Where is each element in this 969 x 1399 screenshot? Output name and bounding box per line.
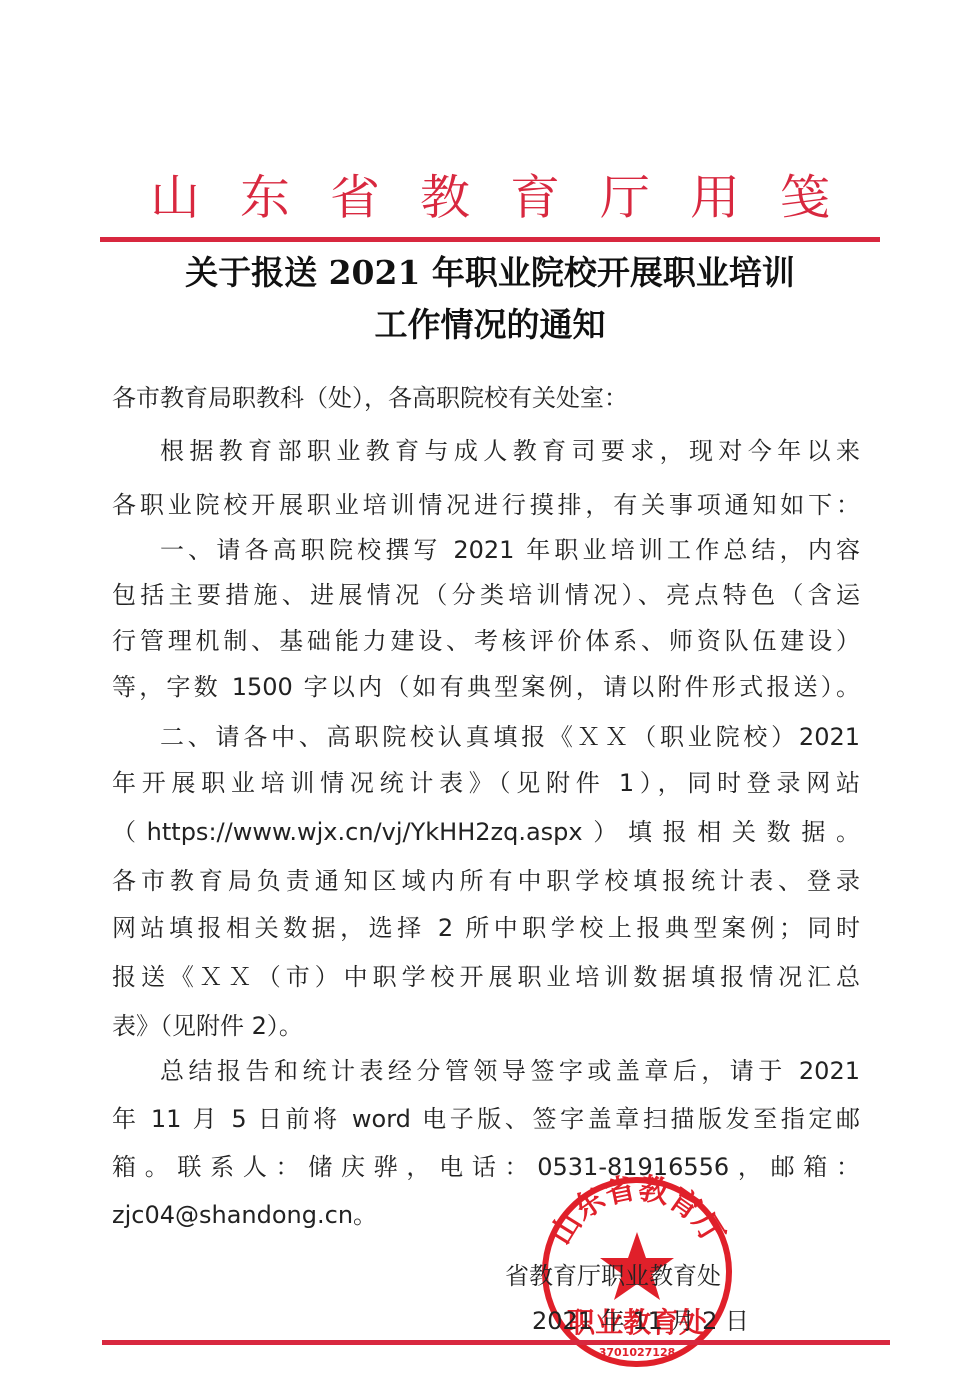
letterhead-char: 教 <box>420 170 470 227</box>
body-line: 二、请各中、高职院校认真填报《ＸＸ（职业院校）2021 <box>160 722 860 752</box>
body-line: 根据教育部职业教育与成人教育司要求，现对今年以来 <box>160 436 860 466</box>
letterhead-char: 厅 <box>600 170 650 227</box>
body-line: 箱。联系人：储庆骅，电话：0531-81916556，邮箱： <box>112 1152 860 1182</box>
letterhead-char: 育 <box>510 170 560 227</box>
body-line: 行管理机制、基础能力建设、考核评价体系、师资队伍建设） <box>112 626 860 656</box>
svg-text:3701027128: 3701027128 <box>599 1346 676 1359</box>
body-line: 网站填报相关数据，选择 2 所中职学校上报典型案例；同时 <box>112 913 860 943</box>
body-line: 等，字数 1500 字以内（如有典型案例，请以附件形式报送）。 <box>112 672 860 702</box>
body-line: 年开展职业培训情况统计表》（见附件 1），同时登录网站 <box>112 768 860 798</box>
body-line: 报送《ＸＸ（市）中职学校开展职业培训数据填报情况汇总 <box>112 962 860 992</box>
letterhead-char: 省 <box>330 170 380 227</box>
contact-email: zjc04@shandong.cn。 <box>112 1200 860 1230</box>
footer-divider <box>102 1340 890 1345</box>
signature-office: 省教育厅职业教育处 <box>505 1261 721 1291</box>
letterhead-char: 用 <box>690 170 740 227</box>
body-line: 年 11 月 5 日前将 word 电子版、签字盖章扫描版发至指定邮 <box>112 1104 860 1134</box>
body-line: 表》（见附件 2）。 <box>112 1011 860 1041</box>
letterhead-char: 笺 <box>780 170 830 227</box>
letterhead: 山 东 省 教 育 厅 用 笺 <box>150 168 830 228</box>
letterhead-char: 山 <box>150 170 200 227</box>
letterhead-char: 东 <box>240 170 290 227</box>
document-title-line-1: 关于报送 2021 年职业院校开展职业培训 <box>100 250 880 296</box>
body-line: 各市教育局负责通知区域内所有中职学校填报统计表、登录 <box>112 866 860 896</box>
body-line: 各职业院校开展职业培训情况进行摸排，有关事项通知如下： <box>112 490 860 520</box>
salutation: 各市教育局职教科（处），各高职院校有关处室： <box>112 383 860 413</box>
body-line: 包括主要措施、进展情况（分类培训情况）、亮点特色（含运 <box>112 580 860 610</box>
body-line: 一、请各高职院校撰写 2021 年职业培训工作总结，内容 <box>160 535 860 565</box>
signature-date: 2021 年 11 月 2 日 <box>532 1306 749 1336</box>
header-divider <box>100 237 880 242</box>
document-title-line-2: 工作情况的通知 <box>100 302 880 348</box>
body-line: 总结报告和统计表经分管领导签字或盖章后，请于 2021 <box>160 1056 860 1086</box>
body-line: （https://www.wjx.cn/vj/YkHH2zq.aspx）填报相关… <box>112 817 860 847</box>
